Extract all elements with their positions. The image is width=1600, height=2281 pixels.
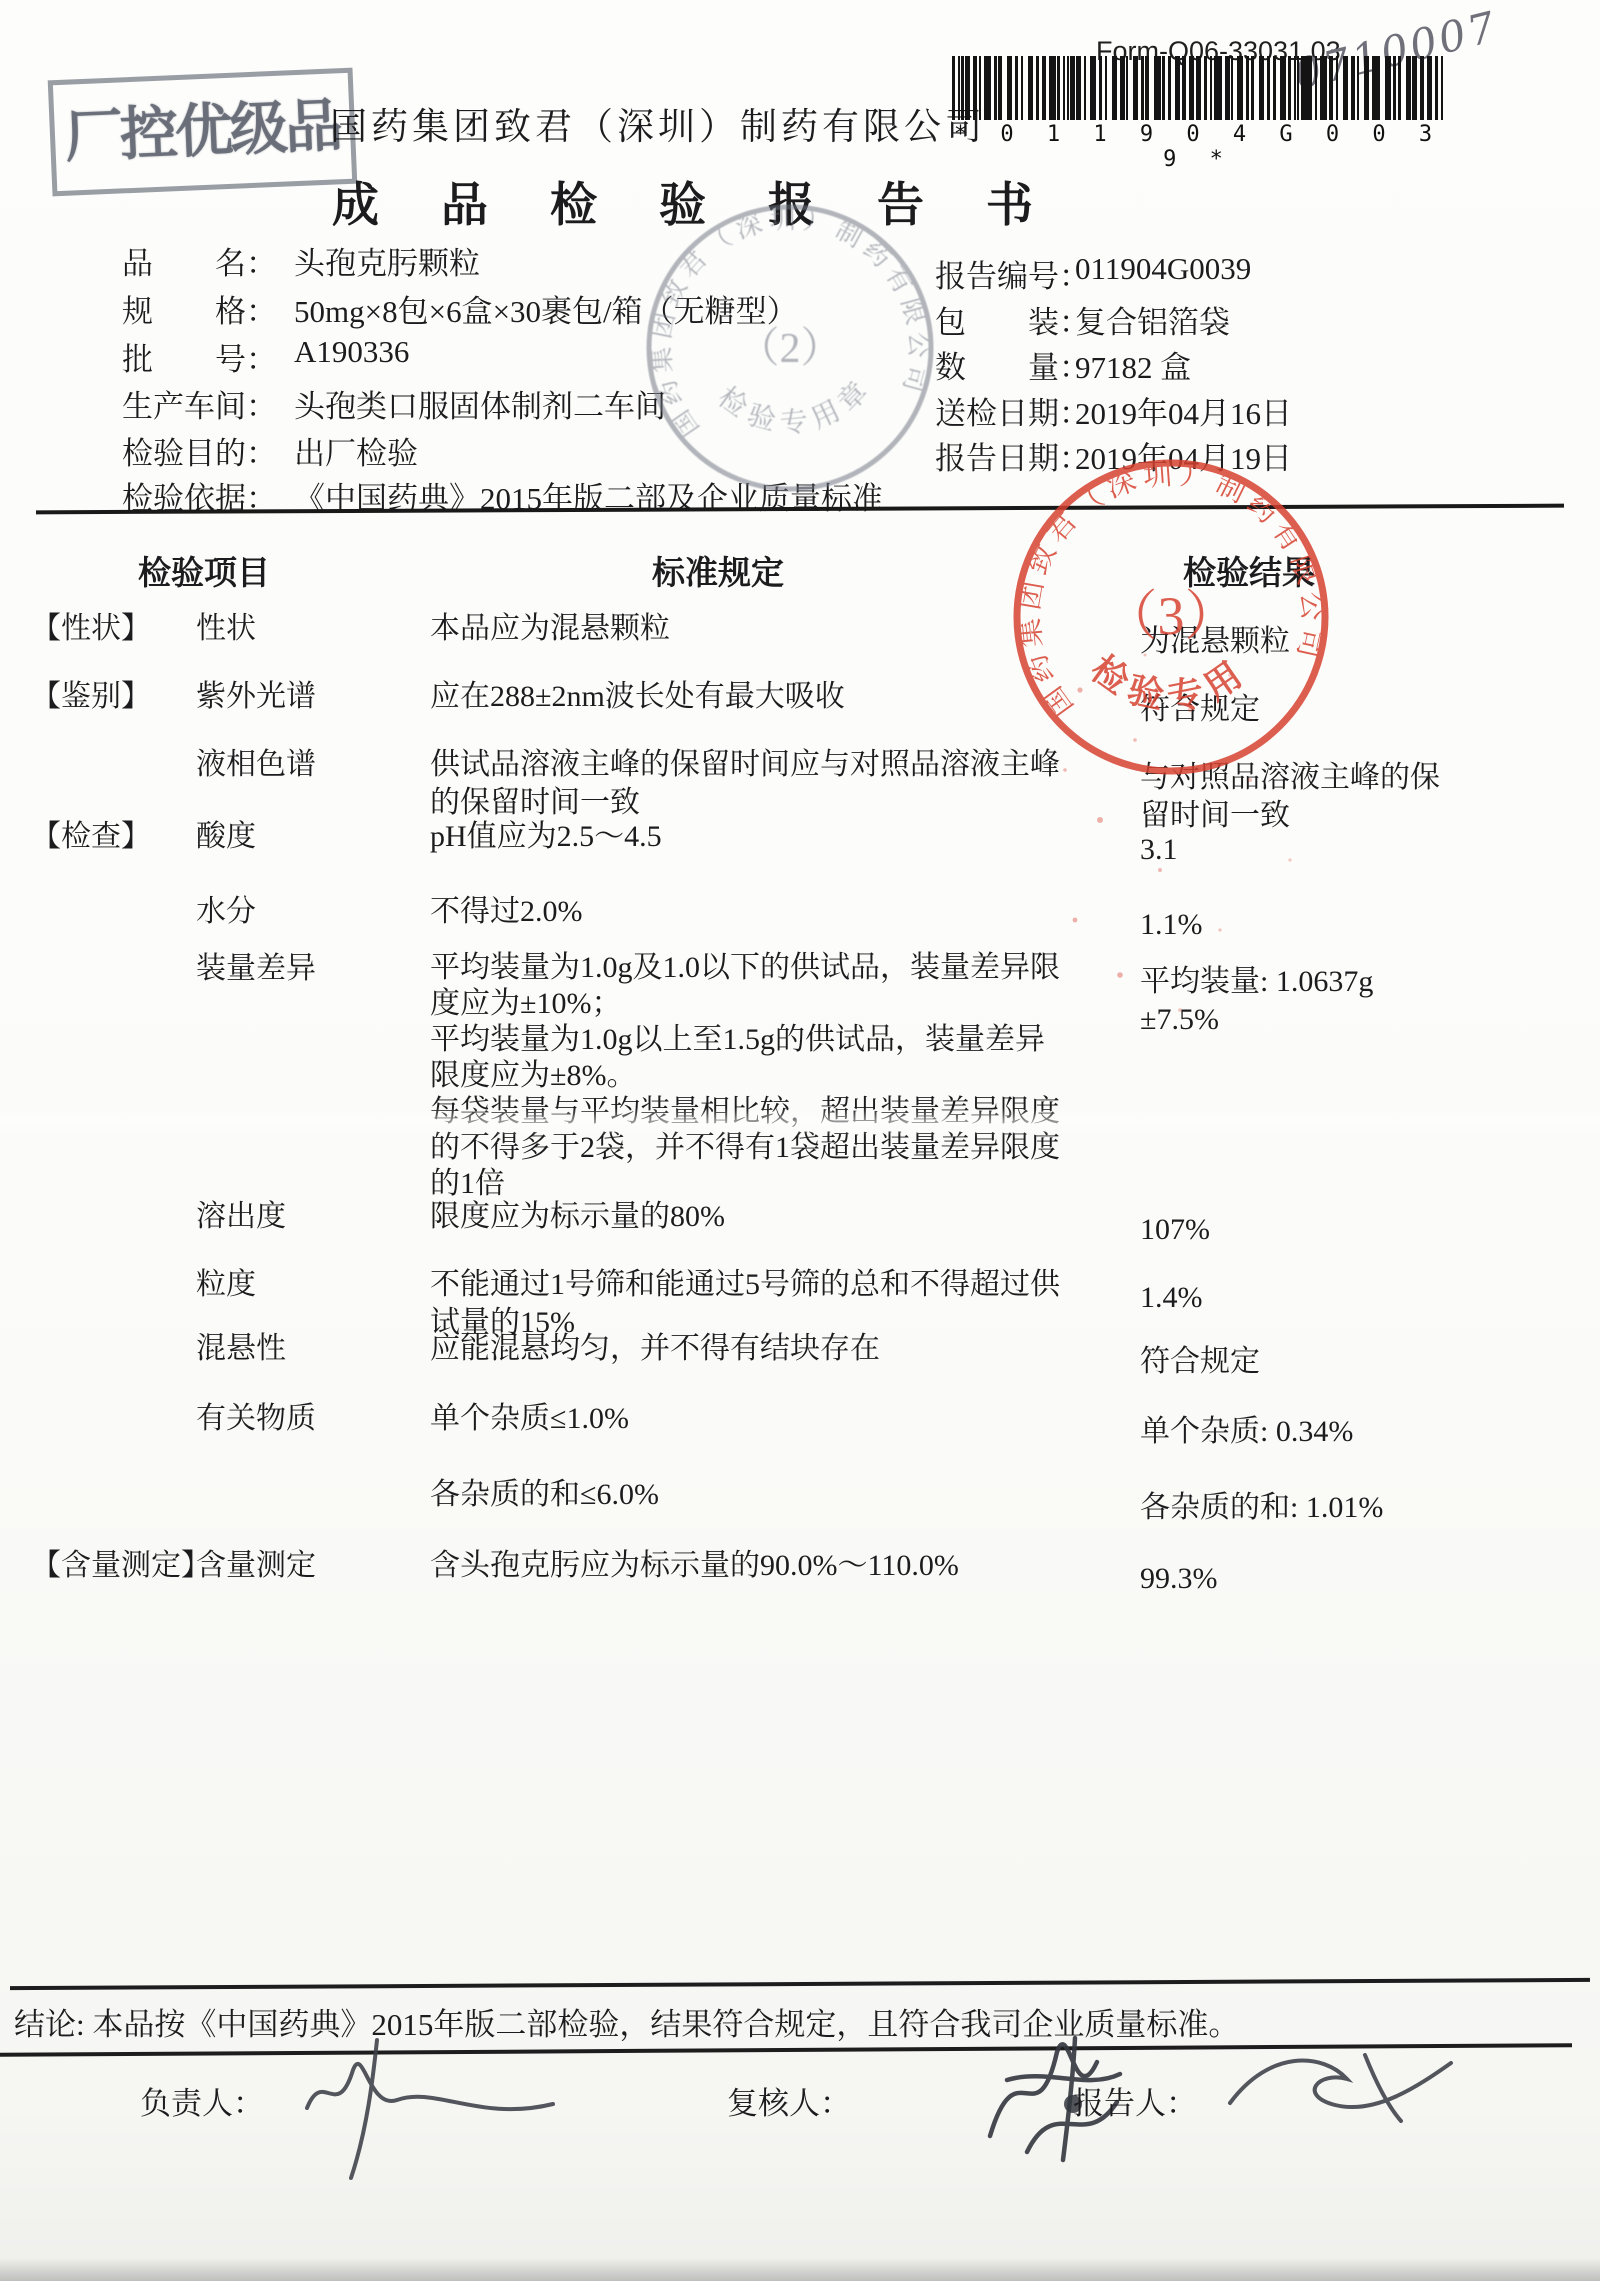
row-result: 符合规定 — [1140, 1343, 1485, 1381]
field-value: 2019年04月19日 — [1075, 433, 1292, 478]
scan-edge-shadow — [0, 2258, 1600, 2281]
row-result: 各杂质的和: 1.01% — [1140, 1489, 1485, 1527]
field-label: 品 名： — [122, 238, 277, 283]
row-item: 装量差异 — [196, 950, 411, 988]
row-item: 混悬性 — [196, 1330, 411, 1368]
row-result: 单个杂质: 0.34% — [1140, 1413, 1485, 1451]
row-standard: 平均装量为1.0g及1.0以下的供试品，装量差异限 度应为±10%； 平均装量为… — [430, 950, 1088, 1202]
conclusion-top-rule — [10, 1978, 1590, 1990]
field-label: 规 格： — [122, 286, 277, 331]
row-standard: 含头孢克肟应为标示量的90.0%～110.0% — [430, 1547, 1088, 1585]
field-label: 送检日期： — [935, 388, 1090, 433]
seal-bottom-text: 检验专用章 — [712, 370, 880, 439]
ink-speckles — [1040, 620, 1370, 1040]
row-item: 溶出度 — [196, 1198, 411, 1236]
field-label: 包 装： — [935, 297, 1090, 342]
row-item: 性状 — [196, 610, 411, 648]
reporter-signature — [1215, 2025, 1465, 2140]
field-label: 报告编号： — [935, 251, 1090, 296]
row-item: 酸度 — [196, 818, 411, 856]
field-value: A190336 — [294, 334, 409, 370]
row-result: 1.4% — [1140, 1279, 1485, 1317]
row-item: 液相色谱 — [196, 746, 411, 784]
reviewer-label: 复核人： — [727, 2078, 851, 2123]
company-name: 国药集团致君（深圳）制药有限公司 — [330, 96, 986, 150]
row-item: 含量测定 — [196, 1547, 411, 1585]
row-standard: 本品应为混悬颗粒 — [430, 610, 1088, 648]
field-value: 头孢克肟颗粒 — [294, 238, 480, 283]
company-seal-gray: 国药集团致君（深圳）制药有限公司 （2） 检验专用章 — [640, 198, 940, 498]
barcode-icon — [952, 56, 1444, 120]
field-value: 复合铝箔袋 — [1075, 297, 1230, 342]
reporter-label: 报告人： — [1073, 2078, 1197, 2123]
scan-crease — [0, 1108, 1600, 1136]
row-result: 99.3% — [1140, 1560, 1485, 1598]
field-label: 报告日期： — [935, 433, 1090, 478]
row-standard: 限度应为标示量的80% — [430, 1198, 1088, 1236]
grade-stamp: 厂控优级品 — [48, 68, 358, 197]
column-header-standard: 标准规定 — [652, 547, 784, 594]
column-header-item: 检验项目 — [138, 547, 270, 594]
row-item: 水分 — [196, 893, 411, 931]
scanned-report-page: 厂控优级品 国药集团致君（深圳）制药有限公司 成品检验报告书 Form-Q06-… — [0, 0, 1600, 2281]
responsible-signature — [285, 2030, 585, 2185]
seal-center-number: （2） — [737, 326, 842, 372]
signature-icon — [285, 2030, 585, 2180]
field-label: 批 号： — [122, 334, 277, 379]
field-value: 头孢类口服固体制剂二车间 — [294, 381, 666, 426]
row-item: 粒度 — [196, 1266, 411, 1304]
row-standard: 应在288±2nm波长处有最大吸收 — [430, 678, 1088, 716]
field-value: 出厂检验 — [294, 428, 418, 473]
row-standard: pH值应为2.5～4.5 — [430, 818, 1088, 856]
row-standard: 各杂质的和≤6.0% — [430, 1476, 1088, 1514]
row-standard: 应能混悬均匀，并不得有结块存在 — [430, 1330, 1088, 1368]
row-result: 107% — [1140, 1211, 1485, 1249]
responsible-label: 负责人： — [140, 2078, 264, 2123]
field-value: 97182 盒 — [1075, 342, 1191, 387]
row-standard: 供试品溶液主峰的保留时间应与对照品溶液主峰 的保留时间一致 — [430, 746, 1088, 822]
row-item: 有关物质 — [196, 1400, 411, 1438]
field-value: 011904G0039 — [1075, 251, 1251, 287]
field-label: 数 量： — [935, 342, 1090, 387]
field-value: 50mg×8包×6盒×30裹包/箱（无糖型） — [294, 286, 798, 331]
svg-text:检验专用章: 检验专用章 — [712, 370, 880, 439]
signature-icon — [1215, 2025, 1465, 2135]
field-label: 生产车间： — [122, 381, 277, 426]
field-value: 2019年04月16日 — [1075, 388, 1292, 433]
row-standard: 不得过2.0% — [430, 893, 1088, 931]
report-title: 成品检验报告书 — [332, 168, 1095, 235]
column-header-result: 检验结果 — [1183, 547, 1315, 594]
field-label: 检验目的： — [122, 428, 277, 473]
row-standard: 单个杂质≤1.0% — [430, 1400, 1088, 1438]
row-item: 紫外光谱 — [196, 678, 411, 716]
barcode-text: * 0 1 1 9 0 4 G 0 0 3 9 * — [952, 122, 1444, 172]
